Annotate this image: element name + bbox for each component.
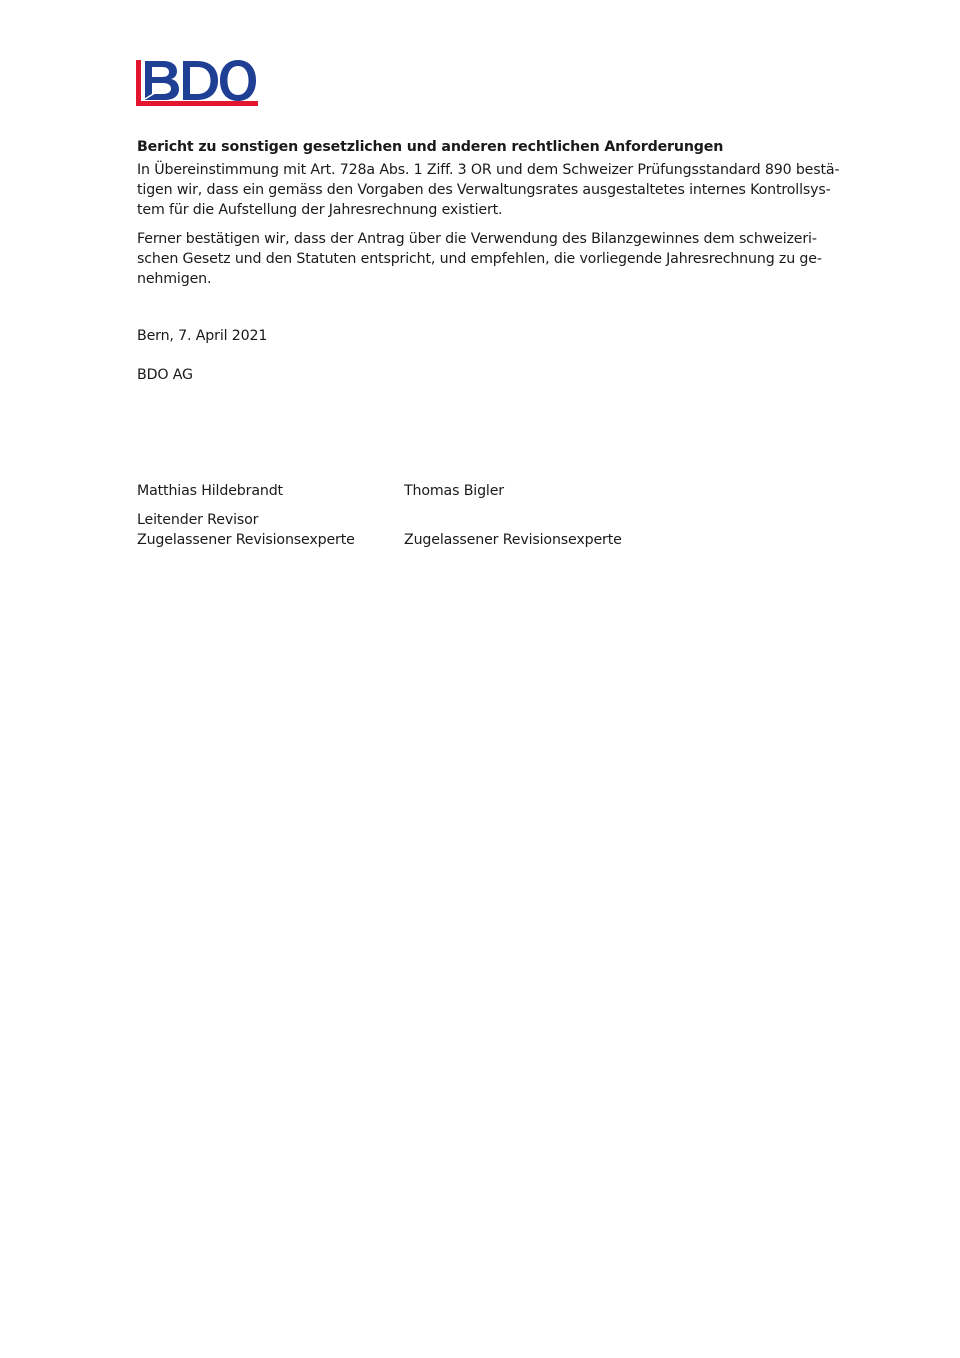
paragraph-line: tigen wir, dass ein gemäss den Vorgaben … <box>137 180 839 200</box>
paragraph-line: tem für die Aufstellung der Jahresrechnu… <box>137 200 839 220</box>
signatory-1-role: Leitender Revisor <box>137 510 258 530</box>
signatory-2-title: Zugelassener Revisionsexperte <box>404 530 622 550</box>
signatory-1-title: Zugelassener Revisionsexperte <box>137 530 355 550</box>
paragraph-line: nehmigen. <box>137 269 822 289</box>
paragraph-line: schen Gesetz und den Statuten entspricht… <box>137 249 822 269</box>
paragraph-line: In Übereinstimmung mit Art. 728a Abs. 1 … <box>137 160 839 180</box>
signatory-2-name: Thomas Bigler <box>404 481 504 501</box>
firm-name: BDO AG <box>137 365 193 385</box>
section-heading: Bericht zu sonstigen gesetzlichen und an… <box>137 137 723 157</box>
paragraph-recommendation: Ferner bestätigen wir, dass der Antrag ü… <box>137 229 822 289</box>
paragraph-internal-control: In Übereinstimmung mit Art. 728a Abs. 1 … <box>137 160 839 220</box>
place-date: Bern, 7. April 2021 <box>137 326 267 346</box>
paragraph-line: Ferner bestätigen wir, dass der Antrag ü… <box>137 229 822 249</box>
bdo-logo-icon <box>136 58 258 108</box>
signatory-1-name: Matthias Hildebrandt <box>137 481 283 501</box>
bdo-logo <box>136 58 258 108</box>
